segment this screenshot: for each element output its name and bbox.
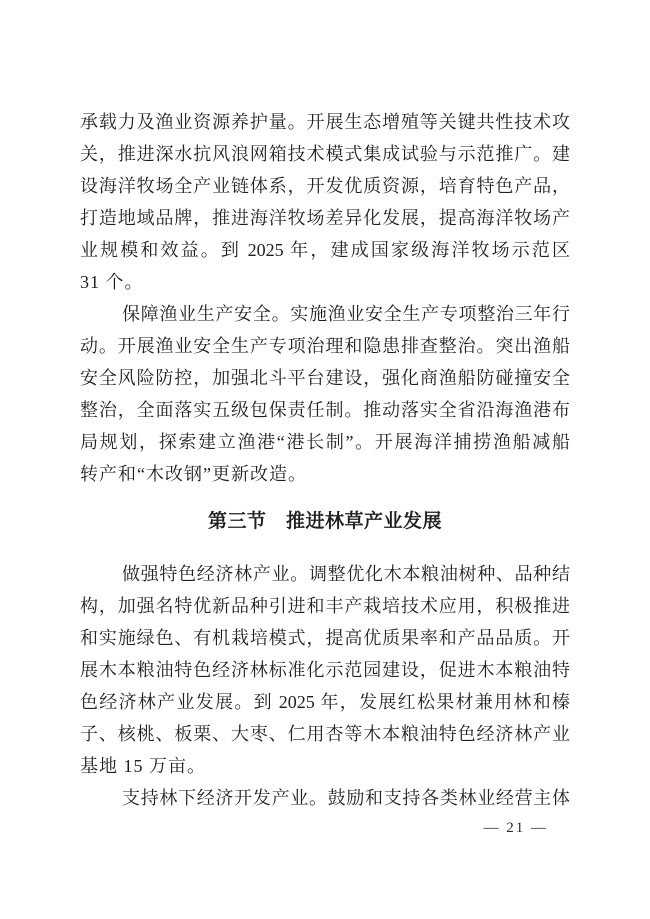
- text-line: 子、核桃、板栗、大枣、仁用杏等木本粮油特色经济林产业: [80, 718, 570, 750]
- text-line: 局规划，探索建立渔港“港长制”。开展海洋捕捞渔船减船: [80, 426, 570, 458]
- text-line: 做强特色经济林产业。调整优化木本粮油树种、品种结: [80, 558, 570, 590]
- text-line: 动。开展渔业安全生产专项治理和隐患排查整治。突出渔船: [80, 330, 570, 362]
- text-line: 构，加强名特优新品种引进和丰产栽培技术应用，积极推进: [80, 590, 570, 622]
- text-line: 设海洋牧场全产业链体系，开发优质资源，培育特色产品，: [80, 170, 570, 202]
- text-line: 和实施绿色、有机栽培模式，提高优质果率和产品品质。开: [80, 622, 570, 654]
- text-line: 保障渔业生产安全。实施渔业安全生产专项整治三年行: [80, 298, 570, 330]
- text-line: 承载力及渔业资源养护量。开展生态增殖等关键共性技术攻: [80, 106, 570, 138]
- text-line: 整治，全面落实五级包保责任制。推动落实全省沿海渔港布: [80, 394, 570, 426]
- text-line: 业规模和效益。到 2025 年，建成国家级海洋牧场示范区: [80, 234, 570, 266]
- text-line: 支持林下经济开发产业。鼓励和支持各类林业经营主体: [80, 782, 570, 814]
- text-line: 基地 15 万亩。: [80, 750, 570, 782]
- text-column: 承载力及渔业资源养护量。开展生态增殖等关键共性技术攻关，推进深水抗风浪网箱技术模…: [80, 106, 570, 814]
- text-line: 安全风险防控，加强北斗平台建设，强化商渔船防碰撞安全: [80, 362, 570, 394]
- text-line: 31 个。: [80, 266, 570, 298]
- text-line: 关，推进深水抗风浪网箱技术模式集成试验与示范推广。建: [80, 138, 570, 170]
- text-line: 色经济林产业发展。到 2025 年，发展红松果材兼用林和榛: [80, 686, 570, 718]
- document-page: 承载力及渔业资源养护量。开展生态增殖等关键共性技术攻关，推进深水抗风浪网箱技术模…: [0, 0, 650, 919]
- text-line: 展木本粮油特色经济林标准化示范园建设，促进木本粮油特: [80, 654, 570, 686]
- text-line: 转产和“木改钢”更新改造。: [80, 458, 570, 490]
- section-heading: 第三节 推进林草产业发展: [80, 506, 570, 538]
- page-number: — 21 —: [484, 820, 549, 836]
- text-line: 打造地域品牌，推进海洋牧场差异化发展，提高海洋牧场产: [80, 202, 570, 234]
